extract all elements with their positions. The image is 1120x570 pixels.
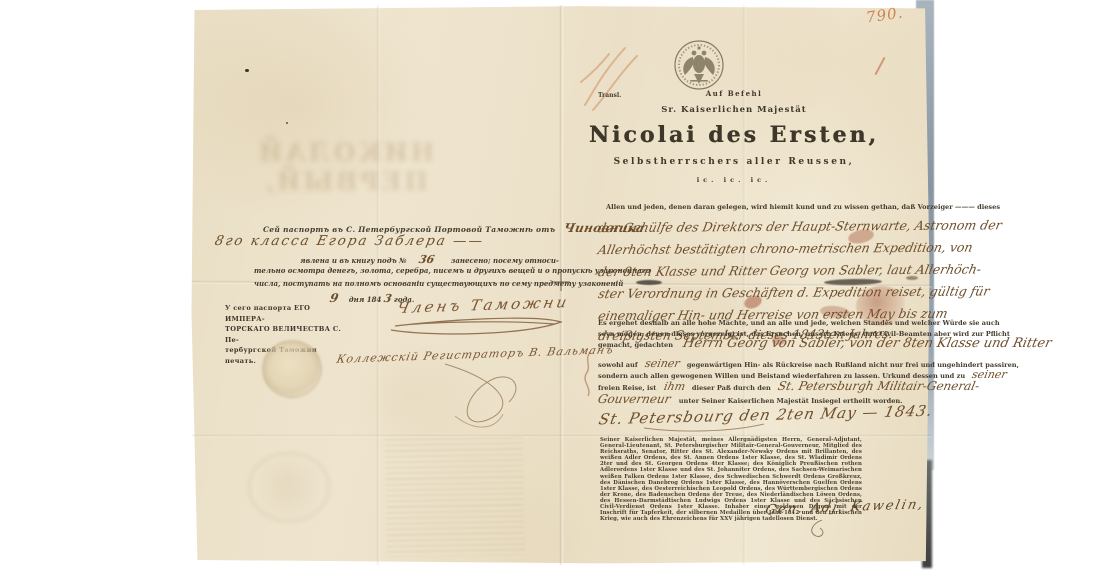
paper-speck [286, 122, 288, 124]
intro-line: Allen und jeden, denen daran gelegen, wi… [606, 203, 906, 211]
p6-hand2: St. Petersburgh Militair-General- [777, 381, 980, 392]
p4-hand: seiner [644, 359, 681, 370]
header-auf-befehl: Auf Befehl [588, 89, 880, 98]
p4-post: gegenwärtigen Hin- als Rückreise nach Ru… [687, 361, 1019, 369]
seal-notice-line: У сего паспорта ЕГО ИМПЕРА- [225, 303, 350, 324]
hand-line: der Gehülfe des Direktors der Haupt-Ster… [596, 217, 1004, 239]
red-margin-squiggle [580, 350, 598, 398]
passport-photograph: НИКОЛАЙ ПЕРВЫЙ, Сей паспортъ въ С. Петер… [0, 0, 1120, 570]
faded-red-scrawl [575, 30, 675, 115]
paper-speck [245, 69, 249, 72]
header-majestaet: Sr. Kaiserlichen Majestät [588, 105, 880, 115]
customs-line-3-hand: 36 [418, 253, 436, 266]
header-etc: ic. ic. ic. [588, 176, 880, 184]
red-stain-large [856, 286, 908, 326]
embossed-seal [262, 340, 322, 398]
request-line-3-printed: gemacht, gedachten [598, 341, 673, 349]
customs-line-3-printed-a: явлена и въ книгу подъ № [300, 256, 407, 265]
p4-pre: sowohl auf [598, 361, 638, 369]
double-eagle-stamp [673, 36, 725, 94]
governor-signature-flourish [798, 518, 834, 540]
seal-show-through [248, 452, 330, 522]
red-stain-small [772, 336, 786, 345]
ink-smear-small [906, 276, 918, 280]
hand-line: ster Verordnung in Geschäften d. Expedit… [596, 283, 991, 305]
customs-line-3-printed-b: занесено; посему относи- [451, 256, 559, 265]
header-title: Nicolai des Ersten, [588, 122, 880, 148]
customs-line-3: явлена и въ книгу подъ № 36 занесено; по… [300, 253, 559, 266]
show-through-title: НИКОЛАЙ ПЕРВЫЙ, [215, 138, 475, 196]
customs-line-4: тельно осмотра денегъ, золота, серебра, … [254, 266, 650, 275]
registrar-flourish [425, 356, 555, 436]
holder-name-hand: Herrn Georg von Sabler, von der 8ten Kla… [682, 339, 1052, 350]
header-subtitle: Selbstherrschers aller Reussen, [588, 157, 880, 167]
request-line-4: sowohl auf seiner gegenwärtigen Hin- als… [598, 359, 916, 370]
text-show-through [385, 437, 525, 557]
ink-smear [636, 280, 662, 285]
customs-line-2-hand: 8го класса Егора Заблера —— [213, 233, 485, 249]
p6-pre: freien Reise, ist [598, 384, 656, 392]
hand-line: Allerhöchst bestätigten chrono-metrische… [596, 239, 974, 261]
dateline-flourish [640, 420, 770, 434]
customs-date-printed-a: дня 184 [349, 295, 382, 304]
fold-cross-mark [560, 273, 562, 291]
p7-hand: Gouverneur [597, 394, 672, 405]
request-paragraph: Es ergehet deshalb an alle hohe Mächte, … [598, 318, 916, 407]
customs-date-hand: 3 [382, 292, 392, 305]
signature-flourish [385, 310, 575, 340]
request-line-3: gemacht, gedachten Herrn Georg von Sable… [598, 339, 916, 359]
p6-mid: dieser Paß durch den [692, 384, 771, 392]
p6-hand1: ihm [662, 382, 685, 393]
